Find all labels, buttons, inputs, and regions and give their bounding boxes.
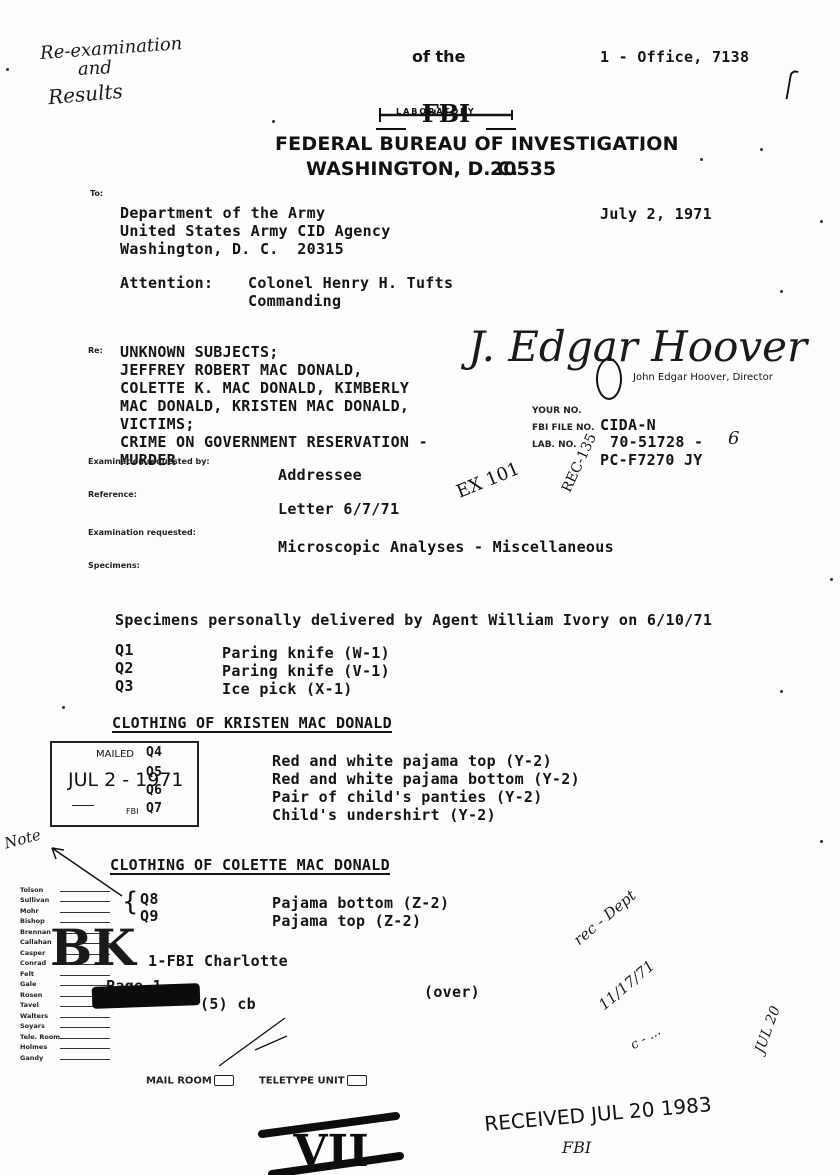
- ex-stamp: EX 101: [453, 458, 522, 502]
- kristen-item-id: Q4: [146, 745, 162, 760]
- recipient-line-2: United States Army CID Agency: [120, 222, 391, 240]
- lab-no-value: PC-F7270 JY: [600, 451, 703, 469]
- attention-line-1: Colonel Henry H. Tufts: [248, 274, 453, 292]
- specimens-label: Specimens:: [88, 561, 140, 570]
- roman-numeral-stamp: VII: [240, 1090, 390, 1162]
- reference-value: Letter 6/7/71: [278, 500, 399, 518]
- signature-loop: [596, 358, 622, 400]
- received-stamp-sub: FBI: [562, 1138, 591, 1157]
- kristen-item-desc: Child's undershirt (Y-2): [272, 806, 496, 824]
- colette-item-id: Q8: [140, 890, 159, 908]
- reference-label: Reference:: [88, 490, 137, 499]
- re-line-2: JEFFREY ROBERT MAC DONALD,: [120, 361, 363, 379]
- handwritten-right-3: c - ...: [628, 1024, 664, 1053]
- logo-laboratory-label: LABORATORY: [396, 107, 476, 116]
- copy-note: 1 - Office, 7138: [600, 48, 749, 66]
- recipient-line-3: Washington, D. C. 20315: [120, 240, 344, 258]
- document-page: Re-examination and Results of the FBI LA…: [0, 0, 840, 1175]
- colette-clothing-heading: CLOTHING OF COLETTE MAC DONALD: [110, 856, 390, 874]
- routing-name: Tolson: [20, 886, 60, 894]
- routing-name: Holmes: [20, 1043, 60, 1051]
- over-label: (over): [424, 983, 480, 1001]
- re-line-4: MAC DONALD, KRISTEN MAC DONALD,: [120, 397, 409, 415]
- routing-name: Mohr: [20, 907, 60, 915]
- handwritten-note-line-2: and: [77, 57, 112, 80]
- svg-text:VII: VII: [292, 1126, 368, 1175]
- routing-entry: Holmes: [20, 1041, 110, 1052]
- letterhead-of-the: of the: [412, 47, 465, 66]
- specimens-intro: Specimens personally delivered by Agent …: [115, 611, 712, 629]
- routing-name: Tavel: [20, 1001, 60, 1009]
- attention-label: Attention:: [120, 274, 213, 292]
- routing-name: Walters: [20, 1012, 60, 1020]
- recipient-line-1: Department of the Army: [120, 204, 325, 222]
- routing-entry: Tolson: [20, 883, 110, 894]
- brace-icon: {: [122, 887, 139, 917]
- colette-item-desc: Pajama bottom (Z-2): [272, 894, 449, 912]
- colette-item-id: Q9: [140, 907, 159, 925]
- routing-name: Tele. Room: [20, 1033, 60, 1041]
- signature-handwritten: J. Edgar Hoover: [468, 322, 807, 371]
- specimen-desc: Paring knife (W-1): [222, 644, 390, 662]
- to-label: To:: [90, 189, 103, 198]
- cc-line: 1-FBI Charlotte: [148, 952, 288, 970]
- exam-requested-by-value: Addressee: [278, 466, 362, 484]
- handwritten-note-label: Note: [2, 826, 42, 853]
- exam-requested-label: Examination requested:: [88, 528, 196, 537]
- exam-requested-by-label: Examination requested by:: [88, 457, 210, 466]
- redaction-bar: [92, 983, 201, 1009]
- specimen-id: Q3: [115, 677, 134, 695]
- kristen-item-id: Q5: [146, 765, 162, 780]
- kristen-item-desc: Red and white pajama bottom (Y-2): [272, 770, 580, 788]
- fbi-file-handwritten: 6: [728, 428, 739, 449]
- routing-name: Rosen: [20, 991, 60, 999]
- specimen-desc: Paring knife (V-1): [222, 662, 390, 680]
- pen-stroke: [215, 1010, 295, 1070]
- attention-line-2: Commanding: [248, 292, 341, 310]
- fbi-file-value: 70-51728 -: [610, 433, 703, 451]
- routing-name: Gale: [20, 980, 60, 988]
- mail-room-checkbox: [214, 1075, 234, 1086]
- mailed-stamp-sub: FBI: [126, 807, 138, 816]
- re-line-3: COLETTE K. MAC DONALD, KIMBERLY: [120, 379, 409, 397]
- kristen-item-id: Q6: [146, 783, 162, 798]
- specimen-id: Q1: [115, 641, 134, 659]
- routing-entry: Tele. Room: [20, 1030, 110, 1041]
- specimen-desc: Ice pick (X-1): [222, 680, 353, 698]
- handwritten-initials: BK: [50, 918, 136, 977]
- mailed-stamp: MAILED JUL 2 - 1971 FBI: [50, 741, 199, 827]
- re-line-6: CRIME ON GOVERNMENT RESERVATION -: [120, 433, 428, 451]
- teletype-checkbox: [347, 1075, 367, 1086]
- handwritten-vertical: JUL 20: [752, 1004, 784, 1056]
- routing-name: Gandy: [20, 1054, 60, 1062]
- routing-entry: Walters: [20, 1009, 110, 1020]
- your-no-label: YOUR NO.: [532, 406, 582, 416]
- handwritten-mark: [785, 70, 798, 101]
- handwritten-note-line-3: Results: [47, 79, 124, 109]
- re-label: Re:: [88, 346, 103, 355]
- routing-entry: Mohr: [20, 904, 110, 915]
- letter-date: July 2, 1971: [600, 205, 712, 223]
- exam-requested-value: Microscopic Analyses - Miscellaneous: [278, 538, 614, 556]
- mailed-stamp-date: JUL 2 - 1971: [68, 769, 184, 791]
- colette-item-desc: Pajama top (Z-2): [272, 912, 421, 930]
- received-stamp: RECEIVED JUL 20 1983: [483, 1092, 712, 1136]
- re-line-1: UNKNOWN SUBJECTS;: [120, 343, 279, 361]
- routing-name: Sullivan: [20, 896, 60, 904]
- re-line-5: VICTIMS;: [120, 415, 195, 433]
- handwritten-right-2: 11/17/71: [595, 957, 658, 1014]
- kristen-item-desc: Pair of child's panties (Y-2): [272, 788, 543, 806]
- routing-name: Soyars: [20, 1022, 60, 1030]
- lab-no-label: LAB. NO.: [532, 440, 577, 450]
- agency-name: FEDERAL BUREAU OF INVESTIGATION: [275, 133, 679, 155]
- mailed-stamp-label: MAILED: [96, 749, 134, 760]
- kristen-item-desc: Red and white pajama top (Y-2): [272, 752, 552, 770]
- signature-printed: John Edgar Hoover, Director: [633, 372, 773, 383]
- agency-city: WASHINGTON, D. C.: [306, 158, 518, 180]
- routing-entry: Soyars: [20, 1020, 110, 1031]
- handwritten-right-1: rec - Dept: [570, 886, 639, 948]
- kristen-item-id: Q7: [146, 801, 162, 816]
- routing-entry: Gandy: [20, 1051, 110, 1062]
- agency-zip: 20535: [490, 158, 556, 180]
- routing-entry: Sullivan: [20, 894, 110, 905]
- your-no-value: CIDA-N: [600, 416, 656, 434]
- kristen-clothing-heading: CLOTHING OF KRISTEN MAC DONALD: [112, 714, 392, 732]
- specimen-id: Q2: [115, 659, 134, 677]
